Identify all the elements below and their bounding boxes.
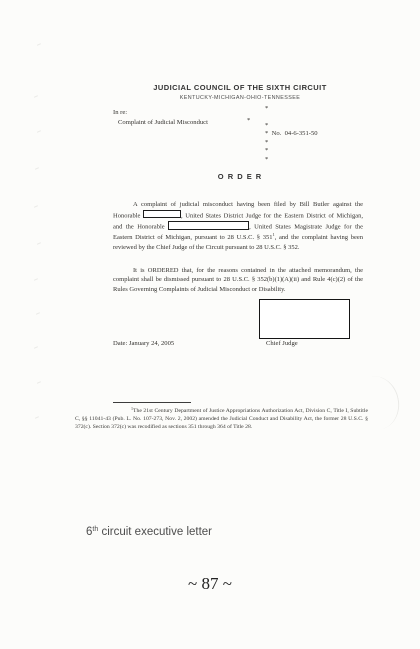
- in-re-label: In re:: [113, 108, 208, 118]
- document-header: JUDICIAL COUNCIL OF THE SIXTH CIRCUIT KE…: [80, 83, 400, 101]
- docket-row: *: [265, 139, 318, 148]
- chief-judge-label: Chief Judge: [266, 340, 298, 347]
- scan-artifact: [36, 312, 40, 315]
- scan-artifact: [35, 167, 39, 170]
- docket-asterisk-column: *** No. 04-6-351-50***: [265, 105, 318, 165]
- court-name: JUDICIAL COUNCIL OF THE SIXTH CIRCUIT: [80, 83, 400, 92]
- page-number: ~ 87 ~: [0, 574, 420, 594]
- scan-artifact: [34, 95, 38, 98]
- scan-artifact: [37, 381, 41, 384]
- date-line: Date: January 24, 2005: [113, 340, 174, 347]
- court-districts: KENTUCKY-MICHIGAN-OHIO-TENNESSEE: [80, 95, 400, 101]
- order-body: A complaint of judicial misconduct havin…: [113, 200, 363, 295]
- caption-asterisk: *: [247, 117, 250, 124]
- superscript: 1: [272, 232, 274, 237]
- scanned-document-page: JUDICIAL COUNCIL OF THE SIXTH CIRCUIT KE…: [0, 0, 420, 649]
- scan-artifact: [37, 130, 41, 133]
- scan-artifact: [34, 278, 38, 281]
- scan-artifact: [37, 242, 41, 245]
- page-caption-annotation: 6th circuit executive letter: [86, 526, 212, 538]
- docket-row: *: [265, 105, 318, 114]
- order-heading: O R D E R: [90, 172, 390, 181]
- docket-row: *: [265, 156, 318, 165]
- redaction-box: [143, 210, 181, 219]
- scan-artifact: [35, 416, 39, 419]
- order-paragraph-1: A complaint of judicial misconduct havin…: [113, 200, 363, 253]
- case-caption: In re: Complaint of Judicial Misconduct: [113, 108, 208, 127]
- footnote-text: 1The 21st Century Department of Justice …: [75, 407, 368, 432]
- footnote-separator: [113, 402, 191, 403]
- scan-artifact: [34, 205, 38, 208]
- superscript: 1: [131, 406, 133, 411]
- signature-redaction-box: [259, 299, 350, 339]
- redaction-box: [168, 221, 249, 230]
- superscript: th: [92, 526, 98, 533]
- docket-row: *: [265, 122, 318, 131]
- docket-row: *: [265, 147, 318, 156]
- scan-artifact: [34, 346, 38, 349]
- case-matter: Complaint of Judicial Misconduct: [113, 118, 208, 128]
- scan-artifact: [37, 43, 41, 46]
- docket-row: * No. 04-6-351-50: [265, 130, 318, 139]
- order-paragraph-2: It is ORDERED that, for the reasons cont…: [113, 266, 363, 296]
